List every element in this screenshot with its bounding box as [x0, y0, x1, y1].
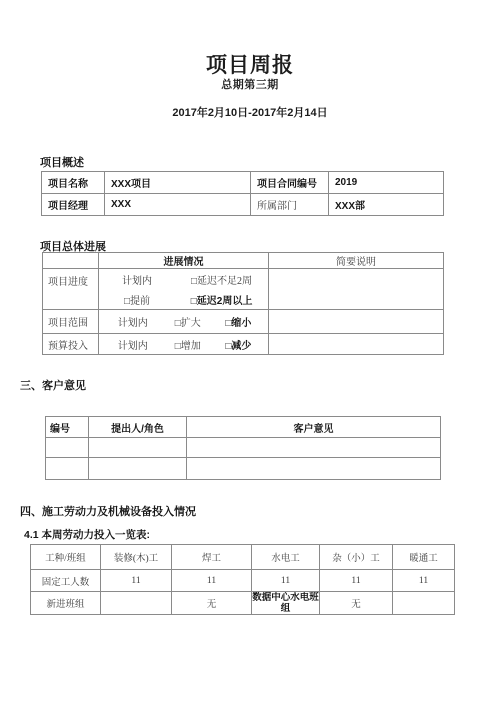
- project-name-label: 项目名称: [42, 172, 105, 194]
- progress-table: 进展情况 简要说明 项目进度 计划内 □延迟不足2周 □提前 □延迟2周以上 项…: [42, 252, 444, 355]
- labor-plumber-electrician-header: 水电工: [252, 545, 320, 570]
- new-team-label: 新进班组: [31, 592, 101, 615]
- project-name-value: XXX项目: [105, 172, 251, 194]
- labor-type-header: 工种/班组: [31, 545, 101, 570]
- customer-id-header: 编号: [46, 417, 89, 438]
- budget-option-decrease-checkbox: □减少: [209, 337, 268, 352]
- labor-fixed-row: 固定工人数 11 11 11 11 11: [31, 570, 455, 592]
- customer-table: 编号 提出人/角色 客户意见: [45, 416, 441, 480]
- report-page: 项目周报 总期第三期 2017年2月10日-2017年2月14日 项目概述 项目…: [0, 0, 500, 707]
- section-heading-labor: 四、施工劳动力及机械设备投入情况: [20, 503, 196, 519]
- progress-note-header: 简要说明: [269, 253, 444, 269]
- scope-option-expand-checkbox: □扩大: [167, 314, 209, 329]
- customer-cell: [89, 458, 187, 480]
- fixed-workers-count: 11: [320, 570, 393, 592]
- new-team-cell: [101, 592, 172, 615]
- labor-carpenter-header: 装修(木)工: [101, 545, 172, 570]
- scope-options-line: 计划内 □扩大 □缩小: [99, 314, 268, 329]
- progress-header-empty-cell: [43, 253, 99, 269]
- schedule-option-on-plan: 计划内: [99, 272, 175, 287]
- scope-options-cell: 计划内 □扩大 □缩小: [99, 310, 269, 334]
- overview-table: 项目名称 XXX项目 项目合同编号 2019 项目经理 XXX 所属部门 XXX…: [41, 171, 444, 216]
- new-team-cell: 无: [320, 592, 393, 615]
- overview-row-1: 项目名称 XXX项目 项目合同编号 2019: [42, 172, 444, 194]
- budget-label: 预算投入: [43, 334, 99, 355]
- report-subtitle: 总期第三期: [0, 76, 500, 92]
- department-label: 所属部门: [251, 194, 329, 216]
- fixed-workers-count: 11: [393, 570, 455, 592]
- customer-empty-row-1: [46, 438, 441, 458]
- new-team-cell: 无: [172, 592, 252, 615]
- scope-label: 项目范围: [43, 310, 99, 334]
- customer-cell: [46, 438, 89, 458]
- report-date-range: 2017年2月10日-2017年2月14日: [0, 104, 500, 120]
- scope-note-cell: [269, 310, 444, 334]
- labor-hvac-header: 暖通工: [393, 545, 455, 570]
- schedule-row: 项目进度 计划内 □延迟不足2周 □提前 □延迟2周以上: [43, 269, 444, 310]
- schedule-option-ahead-checkbox: □提前: [99, 292, 175, 307]
- budget-options-cell: 计划内 □增加 □减少: [99, 334, 269, 355]
- budget-option-increase-checkbox: □增加: [167, 337, 209, 352]
- schedule-note-cell: [269, 269, 444, 310]
- progress-header-row: 进展情况 简要说明: [43, 253, 444, 269]
- report-title: 项目周报: [0, 49, 500, 79]
- scope-row: 项目范围 计划内 □扩大 □缩小: [43, 310, 444, 334]
- customer-proposer-header: 提出人/角色: [89, 417, 187, 438]
- scope-option-shrink-checkbox: □缩小: [209, 314, 268, 329]
- labor-welder-header: 焊工: [172, 545, 252, 570]
- labor-subheading: 4.1 本周劳动力投入一览表:: [24, 527, 150, 542]
- labor-table: 工种/班组 装修(木)工 焊工 水电工 杂（小）工 暖通工 固定工人数 11 1…: [30, 544, 455, 615]
- new-team-cell: 数据中心水电班组: [252, 592, 320, 615]
- contract-number-label: 项目合同编号: [251, 172, 329, 194]
- customer-cell: [89, 438, 187, 458]
- customer-header-row: 编号 提出人/角色 客户意见: [46, 417, 441, 438]
- customer-cell: [187, 458, 441, 480]
- fixed-workers-count: 11: [101, 570, 172, 592]
- fixed-workers-label: 固定工人数: [31, 570, 101, 592]
- schedule-option-delay-under-2w-checkbox: □延迟不足2周: [175, 272, 268, 287]
- budget-row: 预算投入 计划内 □增加 □减少: [43, 334, 444, 355]
- department-value: XXX部: [329, 194, 444, 216]
- budget-options-line: 计划内 □增加 □减少: [99, 337, 268, 352]
- customer-cell: [187, 438, 441, 458]
- schedule-label: 项目进度: [43, 269, 99, 310]
- schedule-options-line-2: □提前 □延迟2周以上: [99, 289, 268, 309]
- budget-note-cell: [269, 334, 444, 355]
- schedule-options-line-1: 计划内 □延迟不足2周: [99, 269, 268, 289]
- customer-cell: [46, 458, 89, 480]
- section-heading-overview: 项目概述: [40, 154, 84, 170]
- fixed-workers-count: 11: [172, 570, 252, 592]
- labor-header-row: 工种/班组 装修(木)工 焊工 水电工 杂（小）工 暖通工: [31, 545, 455, 570]
- project-manager-label: 项目经理: [42, 194, 105, 216]
- progress-status-header: 进展情况: [99, 253, 269, 269]
- budget-option-on-plan: 计划内: [99, 337, 167, 352]
- fixed-workers-count: 11: [252, 570, 320, 592]
- new-team-cell: [393, 592, 455, 615]
- labor-misc-header: 杂（小）工: [320, 545, 393, 570]
- scope-option-on-plan: 计划内: [99, 314, 167, 329]
- contract-number-value: 2019: [329, 172, 444, 194]
- customer-opinion-header: 客户意见: [187, 417, 441, 438]
- section-heading-customer: 三、客户意见: [20, 377, 86, 393]
- customer-empty-row-2: [46, 458, 441, 480]
- project-manager-value: XXX: [105, 194, 251, 216]
- labor-new-team-row: 新进班组 无 数据中心水电班组 无: [31, 592, 455, 615]
- schedule-option-delay-over-2w-checkbox: □延迟2周以上: [175, 292, 268, 307]
- overview-row-2: 项目经理 XXX 所属部门 XXX部: [42, 194, 444, 216]
- schedule-options-cell: 计划内 □延迟不足2周 □提前 □延迟2周以上: [99, 269, 269, 310]
